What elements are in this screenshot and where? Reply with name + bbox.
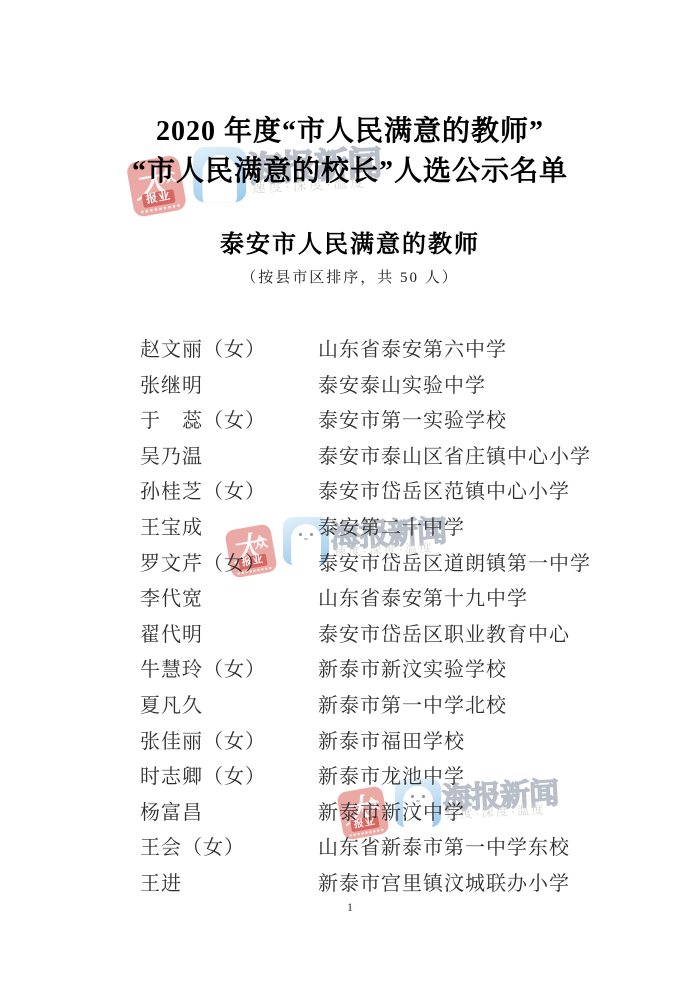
teacher-name: 赵文丽（女）	[140, 333, 318, 369]
teacher-school: 山东省新泰市第一中学东校	[318, 831, 660, 867]
teacher-school: 新泰市宫里镇汶城联办小学	[318, 867, 660, 903]
teacher-school: 泰安泰山实验中学	[318, 369, 660, 405]
teacher-name: 孙桂芝（女）	[140, 475, 318, 511]
teacher-list: 赵文丽（女）山东省泰安第六中学 张继明泰安泰山实验中学 于 蕊（女）泰安市第一实…	[140, 333, 660, 903]
teacher-name: 王进	[140, 867, 318, 903]
teacher-row: 夏凡久新泰市第一中学北校	[140, 689, 660, 725]
page-number: 1	[0, 900, 700, 915]
teacher-row: 王会（女）山东省新泰市第一中学东校	[140, 831, 660, 867]
teacher-name: 夏凡久	[140, 689, 318, 725]
teacher-name: 牛慧玲（女）	[140, 653, 318, 689]
teacher-name: 王会（女）	[140, 831, 318, 867]
teacher-row: 吴乃温泰安市泰山区省庄镇中心小学	[140, 440, 660, 476]
teacher-school: 泰安市第一实验学校	[318, 404, 660, 440]
teacher-row: 张继明泰安泰山实验中学	[140, 369, 660, 405]
teacher-name: 吴乃温	[140, 440, 318, 476]
teacher-school: 新泰市新汶实验学校	[318, 653, 660, 689]
teacher-row: 张佳丽（女）新泰市福田学校	[140, 725, 660, 761]
teacher-school: 泰安市岱岳区范镇中心小学	[318, 475, 660, 511]
teacher-school: 新泰市新汶中学	[318, 796, 660, 832]
teacher-row: 孙桂芝（女）泰安市岱岳区范镇中心小学	[140, 475, 660, 511]
teacher-row: 翟代明泰安市岱岳区职业教育中心	[140, 618, 660, 654]
teacher-school: 山东省泰安第六中学	[318, 333, 660, 369]
teacher-row: 杨富昌新泰市新汶中学	[140, 796, 660, 832]
teacher-row: 时志卿（女）新泰市龙池中学	[140, 760, 660, 796]
teacher-school: 泰安市岱岳区职业教育中心	[318, 618, 660, 654]
document-page: 大 众 报业 海报新闻 速度·深度·温度 大 众 报业	[0, 0, 700, 989]
teacher-row: 于 蕊（女）泰安市第一实验学校	[140, 404, 660, 440]
teacher-name: 张继明	[140, 369, 318, 405]
teacher-name: 于 蕊（女）	[140, 404, 318, 440]
document-content: 2020 年度“市人民满意的教师”“市人民满意的校长”人选公示名单 泰安市人民满…	[0, 0, 700, 989]
title-line-2: “市人民满意的校长”人选公示名单	[132, 156, 568, 187]
teacher-row: 李代宽山东省泰安第十九中学	[140, 582, 660, 618]
teacher-school: 新泰市福田学校	[318, 725, 660, 761]
document-title: 2020 年度“市人民满意的教师”“市人民满意的校长”人选公示名单	[0, 112, 700, 192]
teacher-row: 王宝成泰安第二十中学	[140, 511, 660, 547]
teacher-school: 新泰市第一中学北校	[318, 689, 660, 725]
teacher-name: 张佳丽（女）	[140, 725, 318, 761]
teacher-name: 时志卿（女）	[140, 760, 318, 796]
teacher-name: 翟代明	[140, 618, 318, 654]
section-note: （按县市区排序，共 50 人）	[0, 266, 700, 287]
teacher-school: 泰安市泰山区省庄镇中心小学	[318, 440, 660, 476]
teacher-row: 王进新泰市宫里镇汶城联办小学	[140, 867, 660, 903]
title-line-1: 2020 年度“市人民满意的教师”	[156, 116, 544, 147]
section-title: 泰安市人民满意的教师	[0, 224, 700, 259]
teacher-name: 李代宽	[140, 582, 318, 618]
teacher-row: 牛慧玲（女）新泰市新汶实验学校	[140, 653, 660, 689]
teacher-school: 山东省泰安第十九中学	[318, 582, 660, 618]
teacher-name: 王宝成	[140, 511, 318, 547]
teacher-name: 罗文芹（女）	[140, 547, 318, 583]
teacher-school: 泰安市岱岳区道朗镇第一中学	[318, 547, 660, 583]
teacher-row: 罗文芹（女）泰安市岱岳区道朗镇第一中学	[140, 547, 660, 583]
teacher-school: 泰安第二十中学	[318, 511, 660, 547]
teacher-name: 杨富昌	[140, 796, 318, 832]
teacher-row: 赵文丽（女）山东省泰安第六中学	[140, 333, 660, 369]
teacher-school: 新泰市龙池中学	[318, 760, 660, 796]
